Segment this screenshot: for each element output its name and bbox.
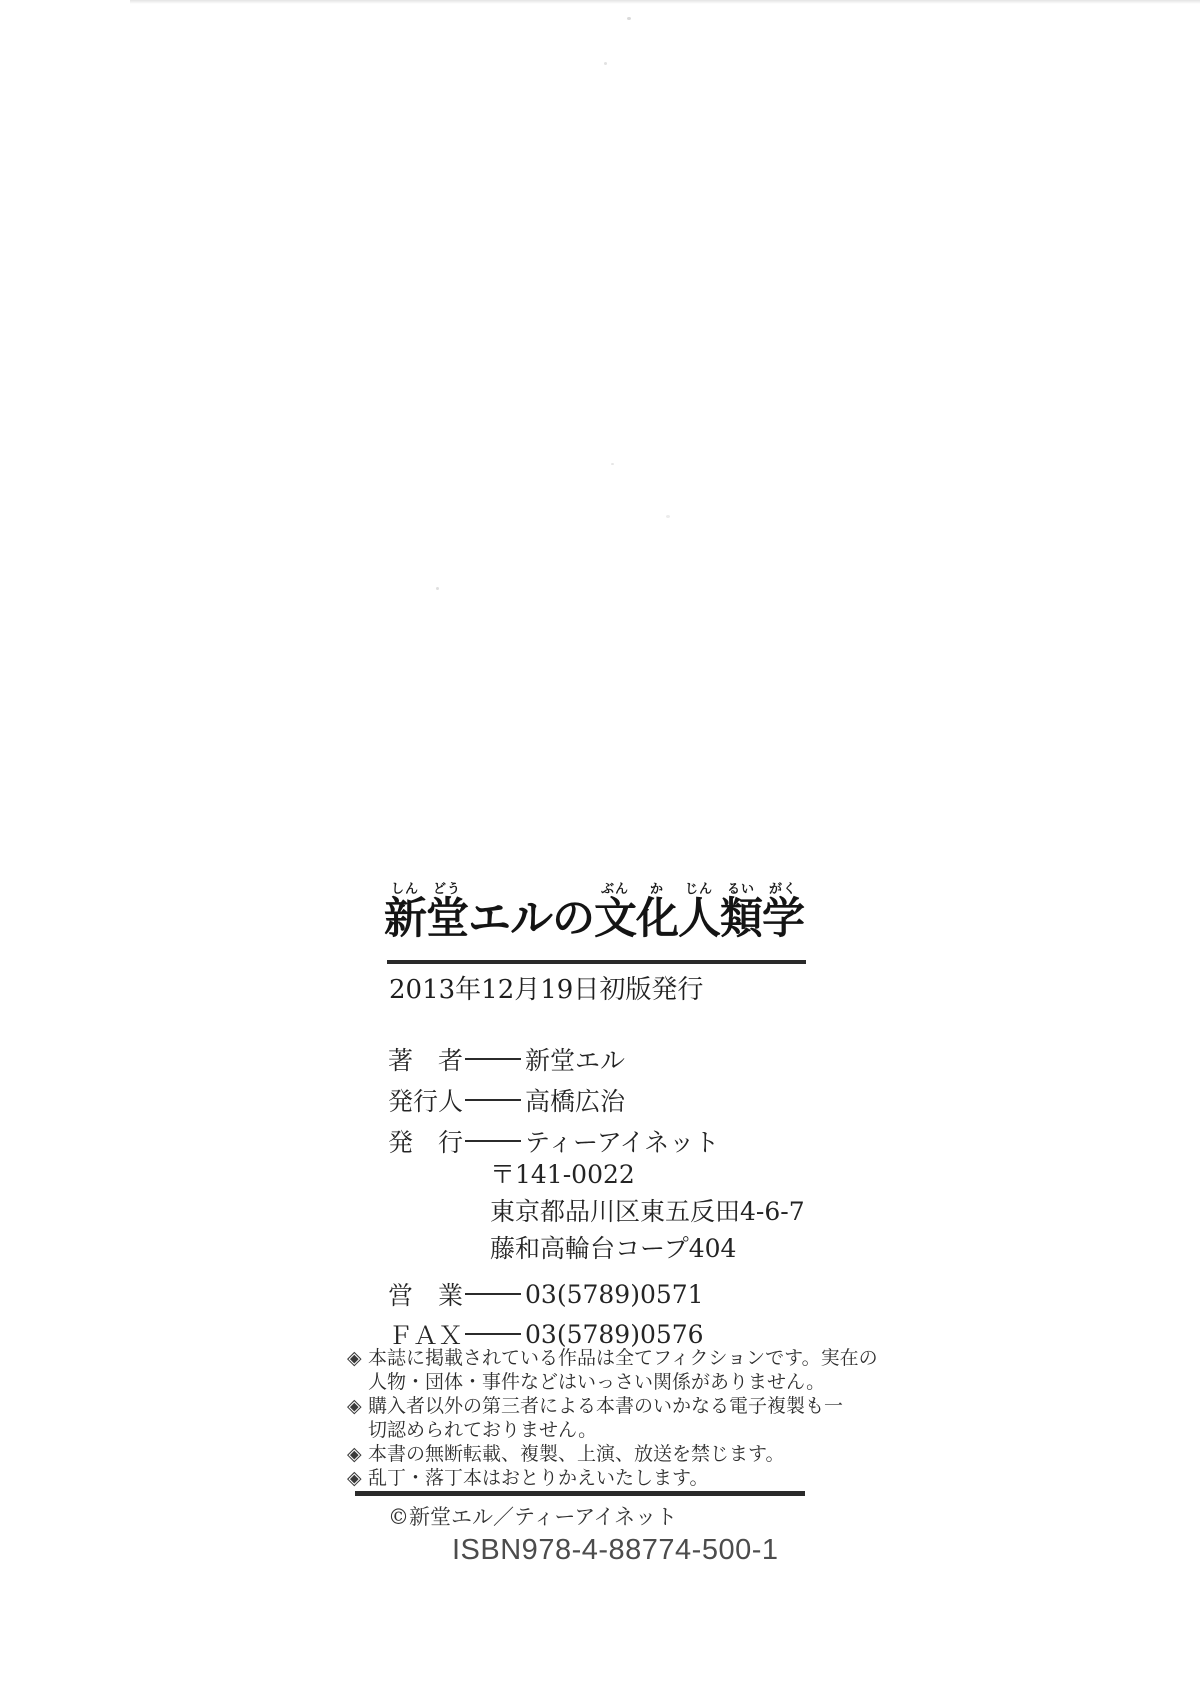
credit-value: 高橋広治 [525,1082,625,1118]
copyright-line: ©新堂エル／ティーアイネット [388,1501,677,1531]
colophon-page: 新しん堂どうエルの文ぶん化か人じん類るい学がく 2013年12月19日初版発行 … [0,0,1200,1706]
scan-speck [627,17,631,20]
contact-list: 営 業03(5789)0571ＦＡＸ03(5789)0576 [388,1274,704,1354]
publication-date: 2013年12月19日初版発行 [389,969,703,1006]
footer-divider [355,1491,805,1496]
credit-row: 発 行ティーアイネット [388,1120,719,1161]
diamond-bullet-icon: ◈ [347,1346,368,1394]
connector-dash [465,1058,521,1060]
legal-note: ◈本誌に掲載されている作品は全てフィクションです。実在の人物・団体・事件などはい… [347,1346,878,1394]
isbn-number: ISBN978-4-88774-500-1 [452,1534,778,1567]
diamond-bullet-icon: ◈ [347,1394,368,1442]
note-text: 本書の無断転載、複製、上演、放送を禁じます。 [368,1442,784,1466]
note-text: 乱丁・落丁本はおとりかえいたします。 [368,1466,708,1490]
diamond-bullet-icon: ◈ [347,1442,368,1466]
connector-dash [465,1099,521,1101]
scan-speck [436,587,439,590]
address-line: 〒141-0022 [490,1156,805,1193]
scan-speck [666,515,670,518]
credit-value: 03(5789)0571 [525,1280,704,1309]
credits-list: 著 者新堂エル発行人高橋広治発 行ティーアイネット [388,1038,719,1161]
address-line: 東京都品川区東五反田4-6-7 [490,1193,805,1230]
title-segment: 学がく [762,894,804,944]
credit-label: 営 業 [388,1276,463,1312]
connector-dash [465,1333,521,1335]
title-segment: 堂どう [426,894,468,944]
address-line: 藤和高輪台コープ404 [490,1230,805,1267]
connector-dash [465,1140,521,1142]
legal-notes: ◈本誌に掲載されている作品は全てフィクションです。実在の人物・団体・事件などはい… [347,1346,878,1490]
title-segment: 人じん [678,894,720,944]
title-segment: 新しん [384,894,426,944]
credit-row: 発行人高橋広治 [388,1079,719,1120]
title-divider [387,960,806,964]
legal-note: ◈購入者以外の第三者による本書のいかなる電子複製も一切認められておりません。 [347,1394,878,1442]
credit-row: 著 者新堂エル [388,1038,719,1079]
diamond-bullet-icon: ◈ [347,1466,368,1490]
credit-value: 03(5789)0576 [525,1320,704,1349]
note-text: 本誌に掲載されている作品は全てフィクションです。実在の人物・団体・事件などはいっ… [368,1346,878,1394]
credit-label: 著 者 [388,1041,463,1077]
note-text: 購入者以外の第三者による本書のいかなる電子複製も一切認められておりません。 [368,1394,843,1442]
connector-dash [465,1293,521,1295]
credit-value: 新堂エル [525,1041,625,1077]
title-segment: エルの [468,894,594,944]
credit-value: ティーアイネット [525,1123,719,1159]
title-segment: 文ぶん [594,894,636,944]
credit-label: 発 行 [388,1123,463,1159]
title-segment: 類るい [720,894,762,944]
credit-label: 発行人 [388,1082,463,1118]
book-title: 新しん堂どうエルの文ぶん化か人じん類るい学がく [384,882,804,941]
scan-speck [611,463,614,465]
legal-note: ◈乱丁・落丁本はおとりかえいたします。 [347,1466,878,1490]
title-segment: 化か [636,894,678,944]
scan-speck [604,62,607,65]
credit-row: 営 業03(5789)0571 [388,1274,704,1314]
scan-edge-artifact [130,0,1200,4]
publisher-address: 〒141-0022東京都品川区東五反田4-6-7藤和高輪台コープ404 [490,1156,805,1267]
legal-note: ◈本書の無断転載、複製、上演、放送を禁じます。 [347,1442,878,1466]
